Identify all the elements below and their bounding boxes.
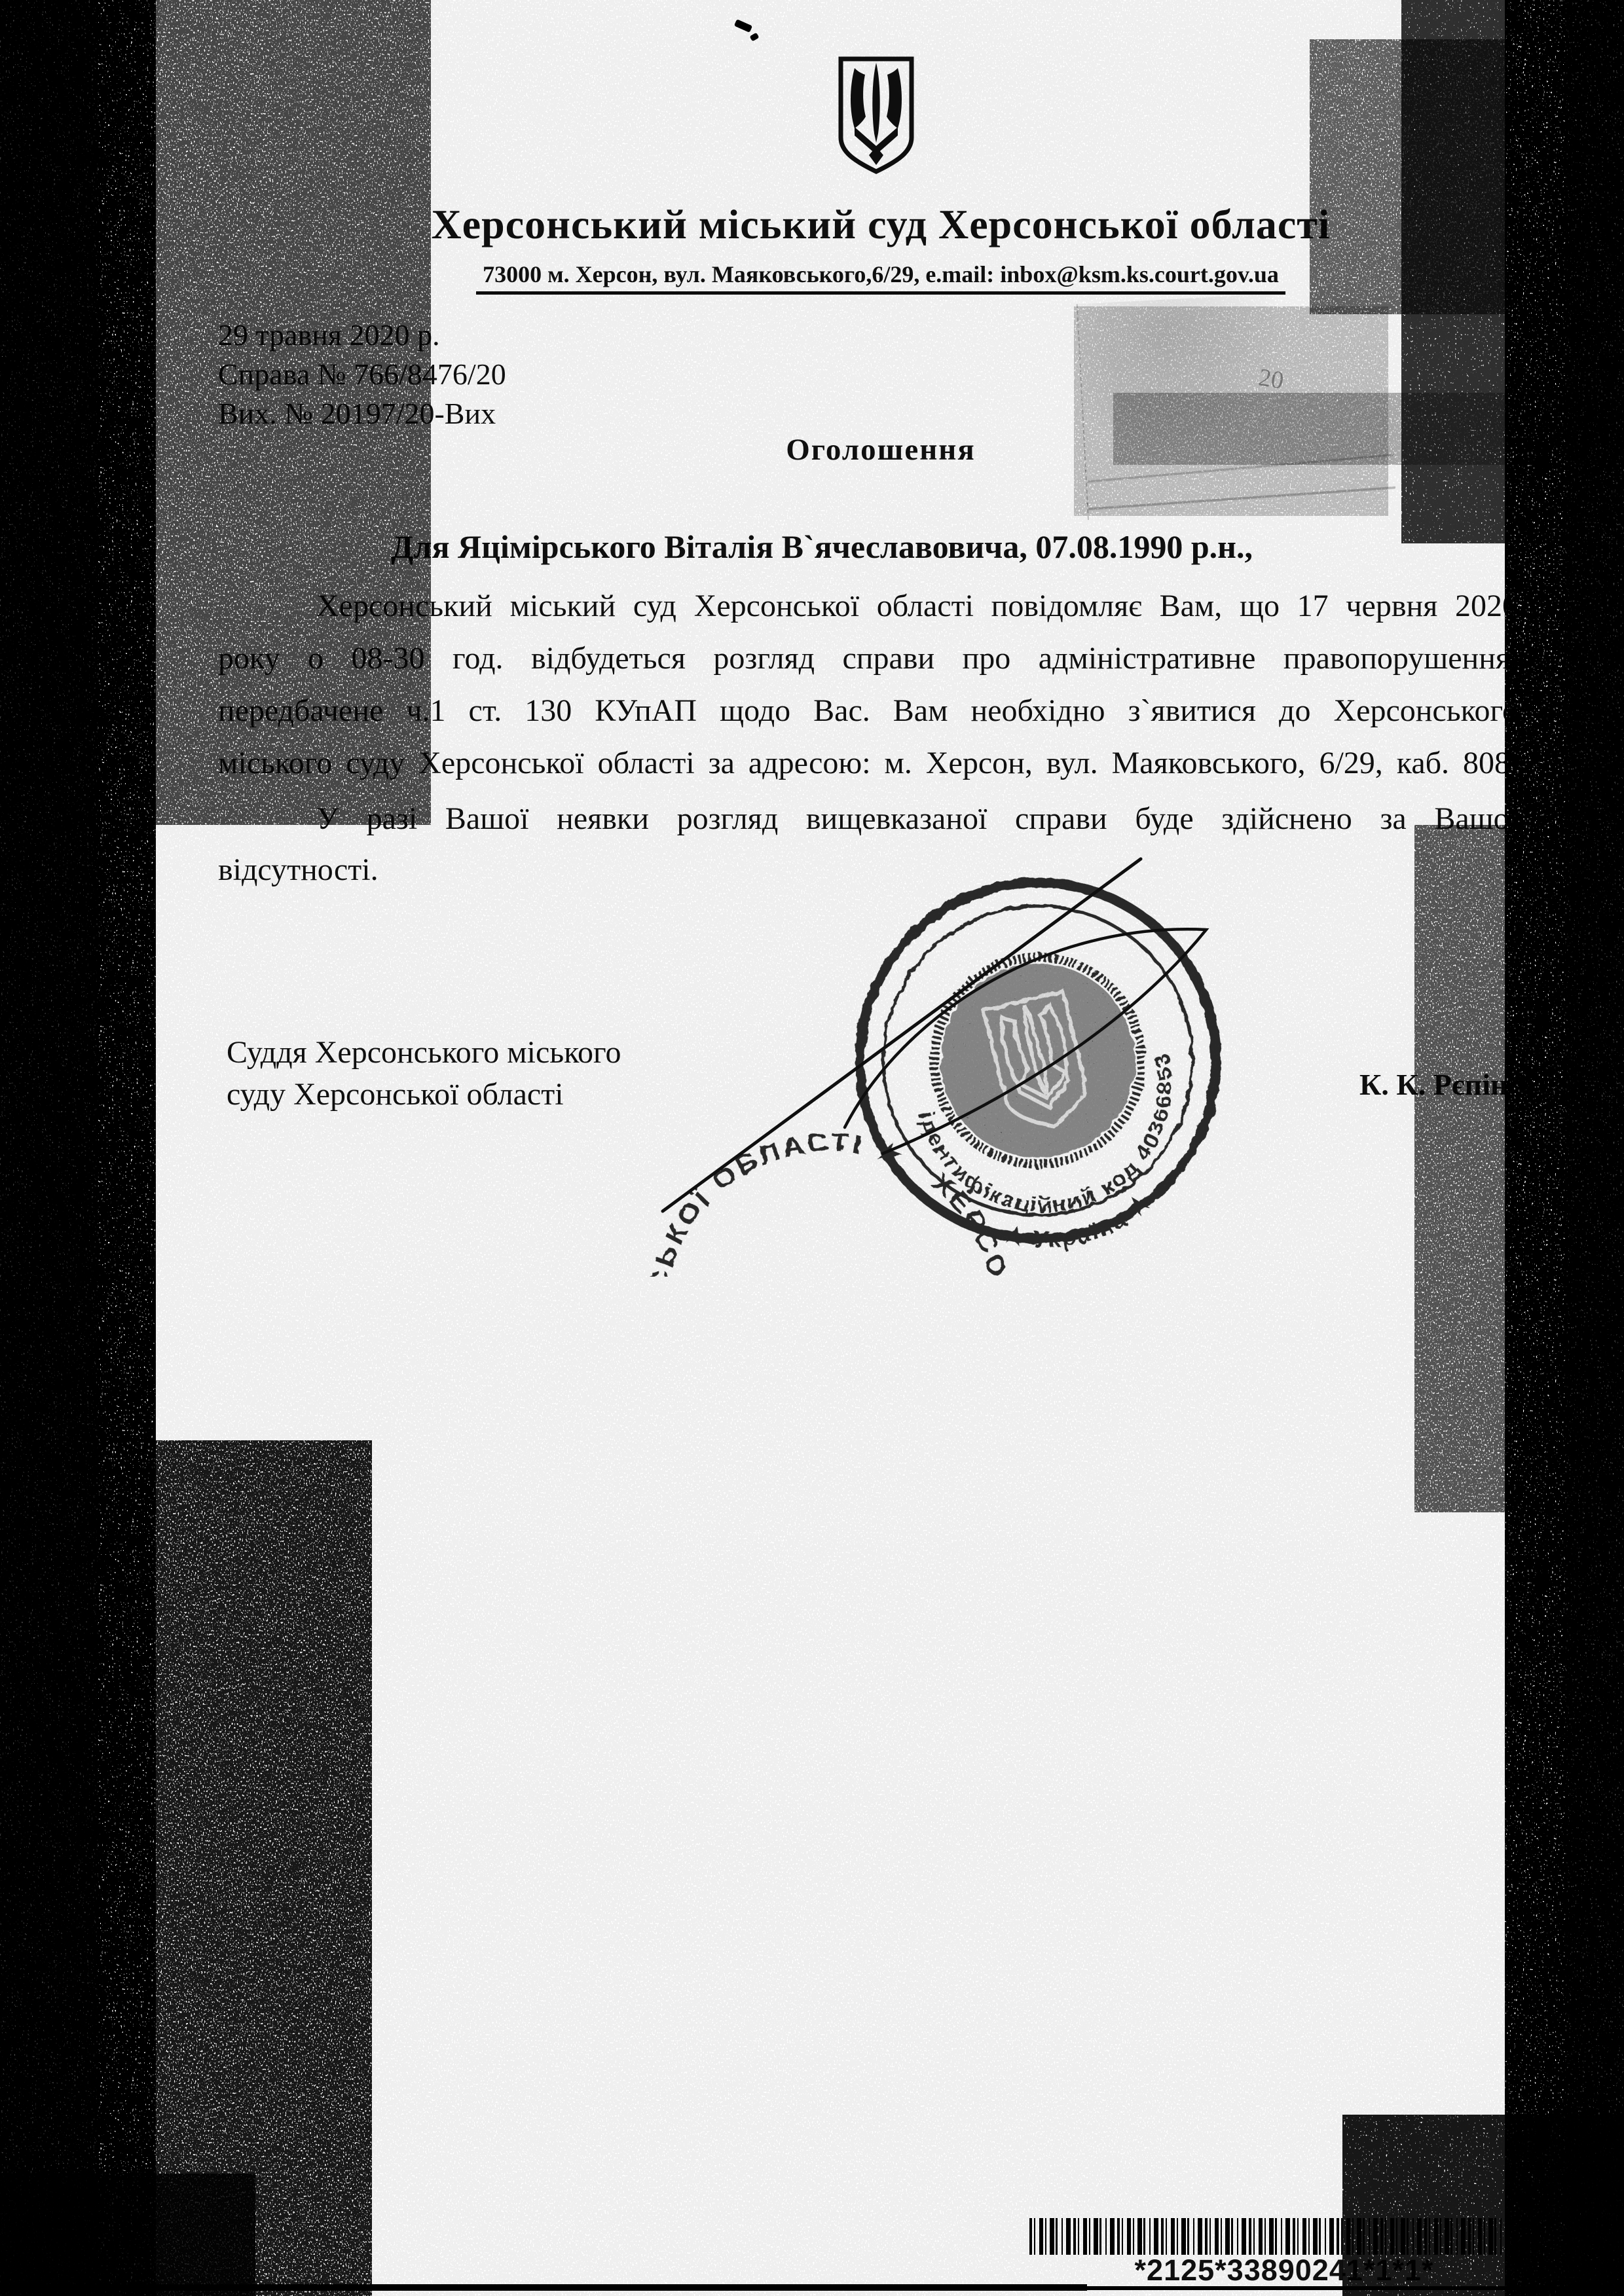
court-address-line: 73000 м. Херсон, вул. Маяковського,6/29,… <box>476 261 1285 295</box>
body-paragraph-1: Херсонський міський суд Херсонської обла… <box>218 580 1518 790</box>
signer-role-block: Суддя Херсонського міського суду Херсонс… <box>227 1032 621 1116</box>
paragraph-line: міського суду Херсонської області за адр… <box>218 737 1518 790</box>
scanned-court-notice-page: Херсонський міський суд Херсонської обла… <box>0 0 1624 2296</box>
ink-blot-small <box>750 33 760 42</box>
barcode <box>1029 2218 1539 2255</box>
paragraph-line: передбачене ч.1 ст. 130 КУпАП щодо Вас. … <box>218 685 1518 737</box>
paragraph-line: Херсонський міський суд Херсонської обла… <box>218 580 1518 632</box>
court-seal-and-signature: ХЕРСОНСЬКИЙ МІСЬКИЙ СУД ★ ХЕРСОНСЬКОЇ ОБ… <box>629 845 1257 1277</box>
addressee-line: Для Яцімірського Віталія В`ячеславовича,… <box>391 528 1253 565</box>
outgoing-ref-number: Вих. № 20197/20-Вих <box>218 394 506 433</box>
faint-received-stamp: 20 <box>1077 288 1397 520</box>
signer-role-line: суду Херсонської області <box>227 1074 621 1116</box>
letter-meta-block: 29 травня 2020 р. Справа № 766/8476/20 В… <box>218 316 506 433</box>
signer-role-line: Суддя Херсонського міського <box>227 1032 621 1074</box>
court-seal: ХЕРСОНСЬКИЙ МІСЬКИЙ СУД ★ ХЕРСОНСЬКОЇ ОБ… <box>629 845 1257 1277</box>
scan-bottom-line-thin <box>1074 2286 1624 2290</box>
scan-bottom-line-thick <box>0 2284 1087 2291</box>
barcode-label: *2125*33890241*1*1* <box>1029 2253 1539 2287</box>
case-number: Справа № 766/8476/20 <box>218 355 506 394</box>
document-title: Оголошення <box>216 432 1545 467</box>
court-name-title: Херсонський міський суд Херсонської обла… <box>216 200 1545 249</box>
letter-date: 29 травня 2020 р. <box>218 316 506 355</box>
addressee-band: Для Яцімірського Віталія В`ячеславовича,… <box>157 528 1486 566</box>
ukraine-trident-shield-icon <box>833 54 919 178</box>
paragraph-line: року о 08-30 год. відбудеться розгляд сп… <box>218 632 1518 685</box>
court-address-band: 73000 м. Херсон, вул. Маяковського,6/29,… <box>216 261 1545 295</box>
paragraph-line: У разі Вашої неявки розгляд вищевказаної… <box>218 793 1518 845</box>
signer-name: К. К. Рєпін <box>1359 1067 1507 1102</box>
faint-handwritten-mark: 20 <box>1257 363 1285 395</box>
ink-blot <box>734 19 752 33</box>
